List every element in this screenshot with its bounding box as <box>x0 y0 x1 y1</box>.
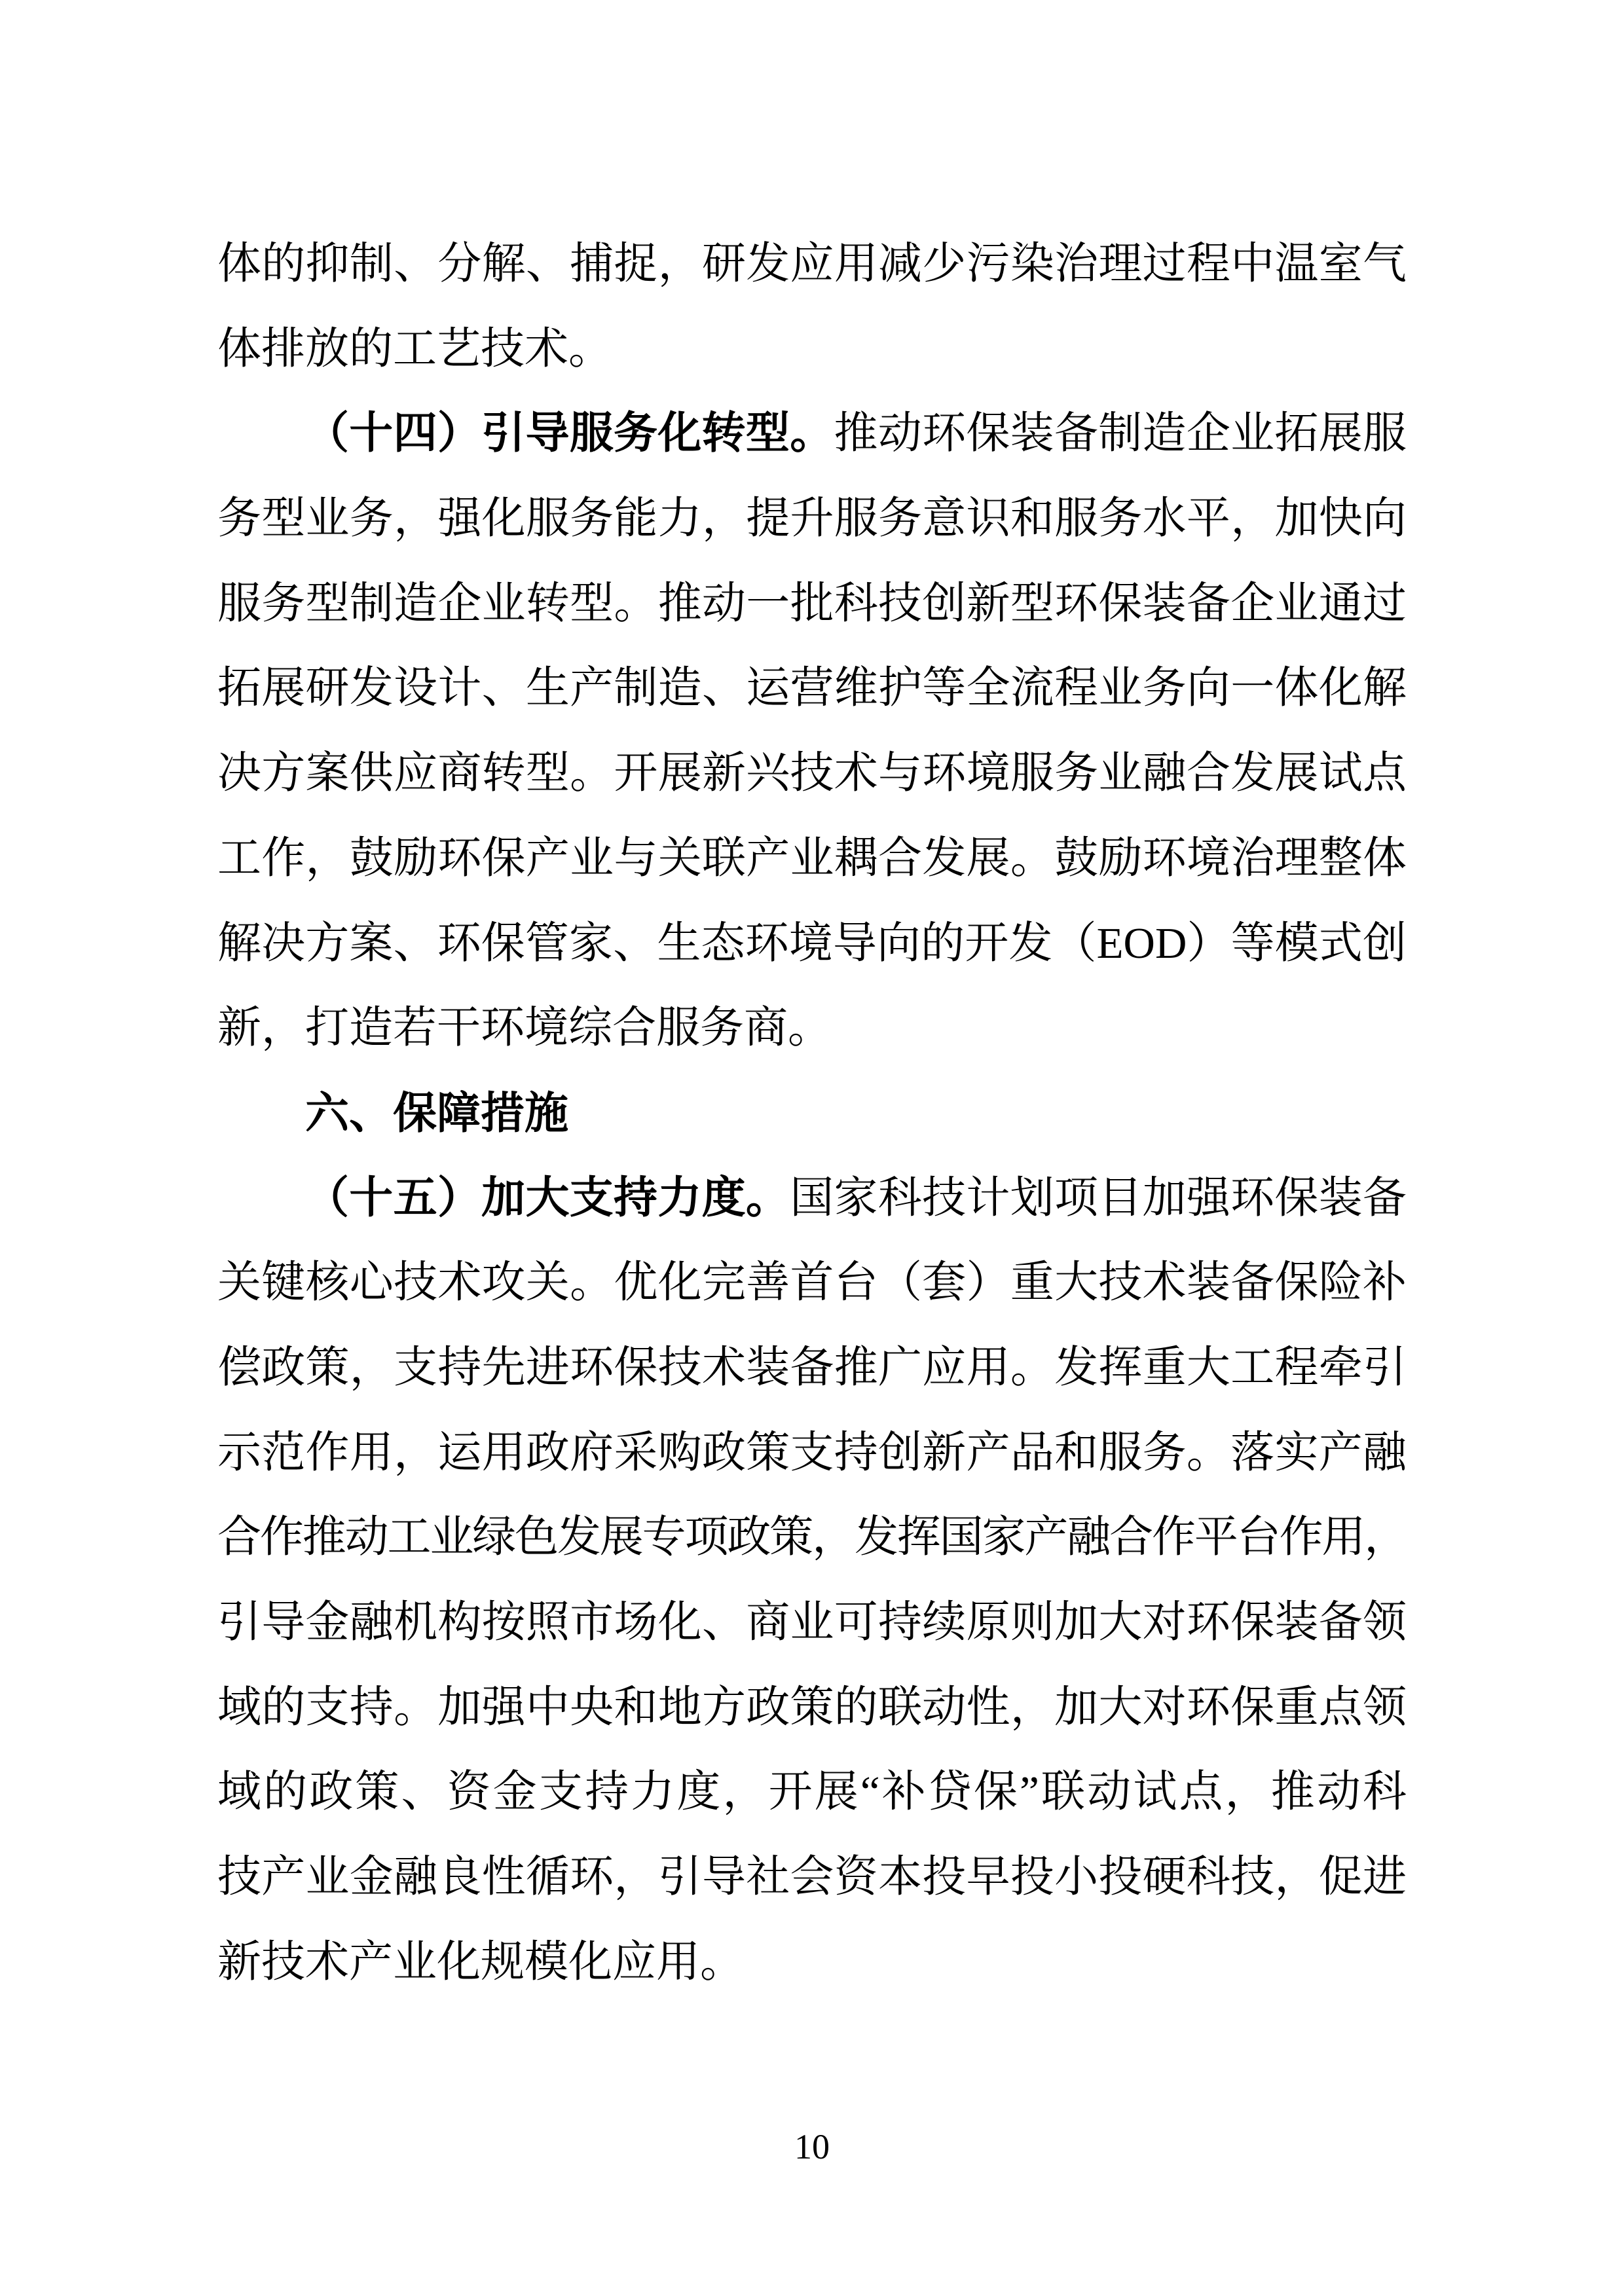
text-run: 推动环保装备制造企业拓展服 <box>834 409 1407 458</box>
text-line: 工作，鼓励环保产业与关联产业耦合发展。鼓励环境治理整体 <box>217 816 1407 902</box>
text-line: 偿政策，支持先进环保技术装备推广应用。发挥重大工程牵引 <box>217 1326 1407 1411</box>
text-run: 新，打造若干环境综合服务商。 <box>217 1004 832 1052</box>
text-run: 解决方案、环保管家、生态环境导向的开发（EOD）等模式创 <box>217 919 1407 968</box>
text-run: 体的抑制、分解、捕捉，研发应用减少污染治理过程中温室气 <box>217 240 1407 288</box>
text-line: 引导金融机构按照市场化、商业可持续原则加大对环保装备领 <box>217 1580 1407 1666</box>
text-run: 国家科技计划项目加强环保装备 <box>790 1174 1407 1222</box>
text-run: 合作推动工业绿色发展专项政策，发挥国家产融合作平台作用， <box>217 1513 1407 1561</box>
text-line: 体的抑制、分解、捕捉，研发应用减少污染治理过程中温室气 <box>217 222 1407 307</box>
text-line: 拓展研发设计、生产制造、运营维护等全流程业务向一体化解 <box>217 646 1407 731</box>
text-line: 新技术产业化规模化应用。 <box>217 1920 1407 2005</box>
bold-run: （十四）引导服务化转型。 <box>305 409 834 458</box>
heading-text: 六、保障措施 <box>305 1089 568 1138</box>
text-run: 域的支持。加强中央和地方政策的联动性，加大对环保重点领 <box>217 1683 1407 1732</box>
section-heading: 六、保障措施 <box>217 1071 1407 1156</box>
text-run: 新技术产业化规模化应用。 <box>217 1938 744 1986</box>
document-page: 体的抑制、分解、捕捉，研发应用减少污染治理过程中温室气体排放的工艺技术。（十四）… <box>0 0 1624 2296</box>
text-run: 决方案供应商转型。开展新兴技术与环境服务业融合发展试点 <box>217 749 1407 797</box>
text-line: 决方案供应商转型。开展新兴技术与环境服务业融合发展试点 <box>217 731 1407 816</box>
text-line: 解决方案、环保管家、生态环境导向的开发（EOD）等模式创 <box>217 902 1407 987</box>
text-run: 务型业务，强化服务能力，提升服务意识和服务水平，加快向 <box>217 494 1407 543</box>
text-run: 偿政策，支持先进环保技术装备推广应用。发挥重大工程牵引 <box>217 1343 1407 1392</box>
text-line: 合作推动工业绿色发展专项政策，发挥国家产融合作平台作用， <box>217 1495 1407 1580</box>
text-line: 新，打造若干环境综合服务商。 <box>217 986 1407 1071</box>
text-line: 示范作用，运用政府采购政策支持创新产品和服务。落实产融 <box>217 1411 1407 1496</box>
text-run: 服务型制造企业转型。推动一批科技创新型环保装备企业通过 <box>217 579 1407 628</box>
text-line: 务型业务，强化服务能力，提升服务意识和服务水平，加快向 <box>217 477 1407 562</box>
text-line: （十五）加大支持力度。国家科技计划项目加强环保装备 <box>217 1156 1407 1241</box>
text-run: 工作，鼓励环保产业与关联产业耦合发展。鼓励环境治理整体 <box>217 834 1407 883</box>
text-run: 技产业金融良性循环，引导社会资本投早投小投硬科技，促进 <box>217 1853 1407 1901</box>
text-line: （十四）引导服务化转型。推动环保装备制造企业拓展服 <box>217 392 1407 477</box>
text-line: 服务型制造企业转型。推动一批科技创新型环保装备企业通过 <box>217 562 1407 647</box>
text-run: 拓展研发设计、生产制造、运营维护等全流程业务向一体化解 <box>217 664 1407 712</box>
text-line: 体排放的工艺技术。 <box>217 307 1407 392</box>
text-line: 技产业金融良性循环，引导社会资本投早投小投硬科技，促进 <box>217 1835 1407 1920</box>
page-number: 10 <box>0 2126 1624 2167</box>
text-line: 域的政策、资金支持力度，开展“补贷保”联动试点，推动科 <box>217 1750 1407 1835</box>
text-line: 关键核心技术攻关。优化完善首台（套）重大技术装备保险补 <box>217 1241 1407 1326</box>
text-run: 引导金融机构按照市场化、商业可持续原则加大对环保装备领 <box>217 1598 1407 1647</box>
text-line: 域的支持。加强中央和地方政策的联动性，加大对环保重点领 <box>217 1666 1407 1751</box>
bold-run: （十五）加大支持力度。 <box>305 1174 790 1222</box>
text-run: 示范作用，运用政府采购政策支持创新产品和服务。落实产融 <box>217 1429 1407 1477</box>
text-run: 关键核心技术攻关。优化完善首台（套）重大技术装备保险补 <box>217 1258 1407 1307</box>
body-text: 体的抑制、分解、捕捉，研发应用减少污染治理过程中温室气体排放的工艺技术。（十四）… <box>217 222 1407 2005</box>
text-run: 体排放的工艺技术。 <box>217 325 612 373</box>
text-run: 域的政策、资金支持力度，开展“补贷保”联动试点，推动科 <box>217 1768 1407 1816</box>
